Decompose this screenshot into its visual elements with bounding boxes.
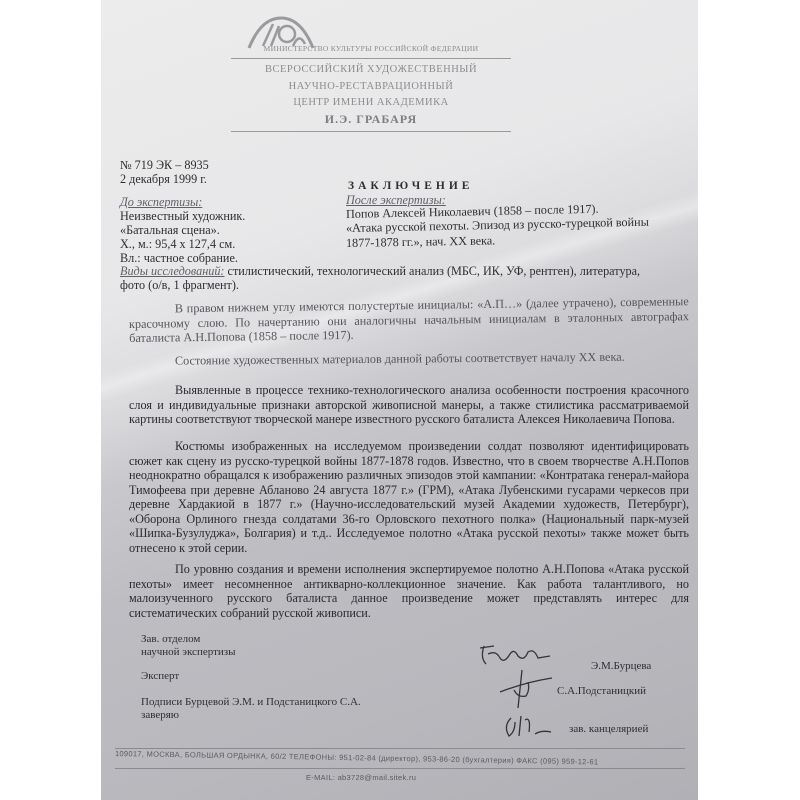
header-rule-bottom: [231, 131, 511, 132]
document-title: ЗАКЛЮЧЕНИЕ: [348, 180, 473, 192]
research-types-cont: фото (о/в, 1 фрагмент).: [120, 278, 239, 293]
handwritten-signature-icon: [496, 668, 556, 712]
certify-line2: заверяю: [141, 708, 179, 723]
research-types-label: Виды исследований:: [120, 264, 225, 278]
document-page: МИНИСТЕРСТВО КУЛЬТУРЫ РОССИЙСКОЙ ФЕДЕРАЦ…: [101, 0, 698, 800]
paragraph-conclusion: По уровню создания и времени исполнения …: [129, 562, 689, 620]
before-line: Неизвестный художник.: [120, 209, 245, 224]
header-rule: [231, 58, 511, 59]
before-expertise-label: До экспертизы:: [120, 195, 202, 210]
document-number: № 719 ЭК – 8935: [120, 158, 209, 173]
org-name: И.Э. ГРАБАРЯ: [221, 112, 521, 127]
paragraph-materials: Состояние художественных материалов данн…: [129, 349, 689, 368]
paragraph-initials: В правом нижнем углу имеются полустертые…: [129, 294, 690, 345]
org-line-1: ВСЕРОССИЙСКИЙ ХУДОЖЕСТВЕННЫЙ: [221, 64, 521, 75]
org-line-2: НАУЧНО-РЕСТАВРАЦИОННЫЙ: [221, 81, 521, 92]
signatory-name-1: Э.М.Бурцева: [591, 659, 651, 674]
org-line-3: ЦЕНТР ИМЕНИ АКАДЕМИКА: [221, 97, 521, 108]
role-head-line2: научной экспертизы: [141, 645, 236, 660]
signatory-role-3: зав. канцелярией: [569, 722, 648, 737]
footer-address: 109017, МОСКВА, БОЛЬШАЯ ОРДЫНКА, 60/2 ТЕ…: [115, 749, 599, 766]
footer-email: E-MAIL: ab3728@mail.sitek.ru: [306, 773, 416, 782]
document-date: 2 декабря 1999 г.: [120, 172, 207, 187]
after-line: 1877-1878 гг.», нач. XX века.: [346, 233, 496, 250]
paragraph-historical-context: Костюмы изображенных на исследуемом прои…: [129, 439, 689, 555]
signatory-name-2: С.А.Подстаницкий: [557, 684, 646, 699]
research-types: Виды исследований: стилистический, техно…: [120, 264, 640, 279]
handwritten-signature-icon: [501, 712, 561, 740]
before-line: Х., м.: 95,4 х 127,4 см.: [120, 237, 235, 252]
footer-rule-bottom: [115, 768, 685, 769]
before-line: «Батальная сцена».: [120, 223, 220, 238]
ministry-line: МИНИСТЕРСТВО КУЛЬТУРЫ РОССИЙСКОЙ ФЕДЕРАЦ…: [221, 44, 521, 53]
paragraph-style-analysis: Выявленные в процессе технико-технологич…: [129, 383, 689, 427]
role-expert: Эксперт: [141, 669, 179, 684]
research-types-text: стилистический, технологический анализ (…: [225, 264, 641, 278]
footer-rule: [115, 748, 685, 749]
